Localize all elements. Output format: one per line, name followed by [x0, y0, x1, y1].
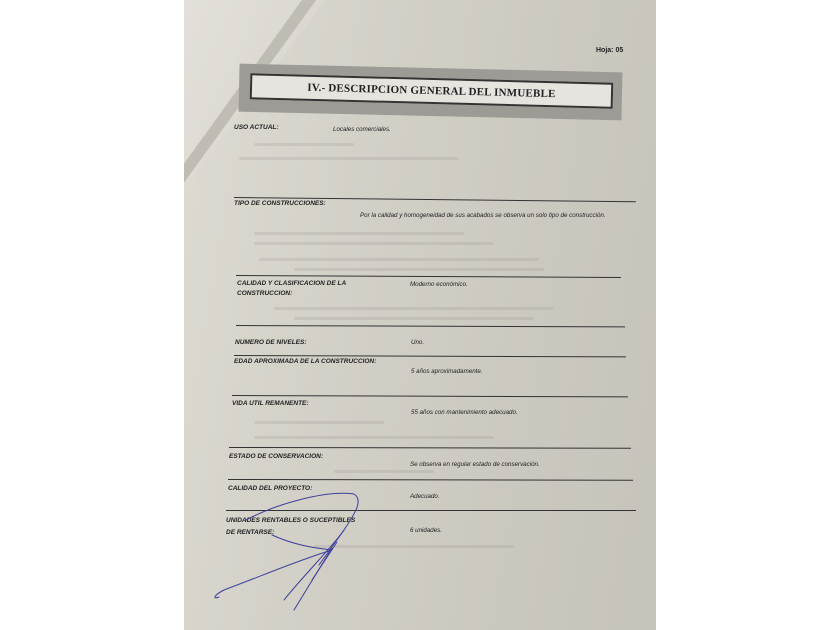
signature: [184, 0, 656, 630]
document-photo: Hoja: 05 IV.- DESCRIPCION GENERAL DEL IN…: [184, 0, 656, 630]
